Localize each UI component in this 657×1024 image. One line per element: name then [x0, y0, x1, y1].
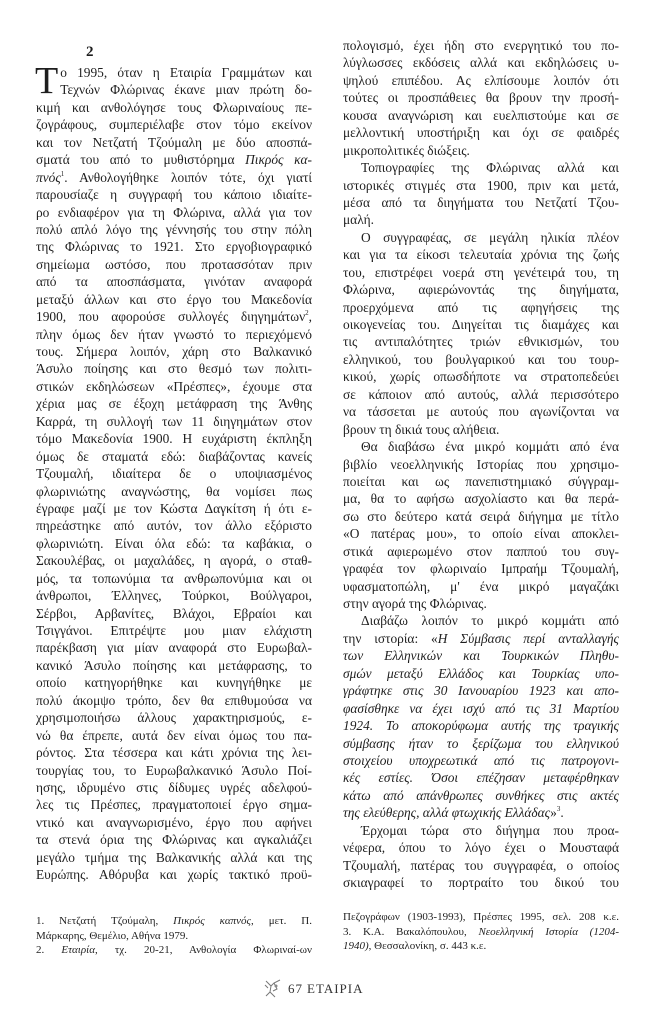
text-line: χέρια μας σε έξοχη μετάφραση της Άνθης: [36, 395, 312, 412]
text-line: της Φλώρινας το 1921. Στο εργοβιογραφικό: [36, 238, 312, 255]
text-line: έγραφε μαζί με τον Κώστα Δαγκίτση ή ότι …: [36, 500, 312, 517]
text-line: της ελεύθερης, αλλά φτωχικής Ελλάδας»3.: [343, 804, 619, 821]
text-line: σημείωμα ωστόσο, που προτασσόταν πριν: [36, 256, 312, 273]
text-line: βρουν τη δικιά τους αλήθεια.: [343, 421, 619, 438]
text-line: να τάσσεται με αυτούς που αγωνίζονται να: [343, 403, 619, 420]
text-line: νέφερα, όπου το λόγο έχει ο Μουσταφά: [343, 839, 619, 856]
text-line: Θα διαβάσω ένα μικρό κομμάτι από ένα: [343, 438, 619, 455]
text-line: Τζουμαλή, ιδιαίτερα δε ο υποψιασμένος: [36, 465, 312, 482]
page-footer: 67 ΕΤΑΙΡΙΑ: [262, 977, 364, 1001]
text-line: 1. Νετζατή Τζούμαλη, Πικρός καπνός, μετ.…: [36, 914, 312, 929]
text-line: τούτες οι προσπάθειες θα βρουν την προσή…: [343, 89, 619, 106]
text-line: παρουσίαζε η συγγραφή του κάποιο ιδιαίτε…: [36, 186, 312, 203]
text-line: μα, θα το αφήσω ασχολίαστο και θα περά-: [343, 490, 619, 507]
text-line: Καρρά, τη συλλογή των 11 διηγημάτων στον: [36, 413, 312, 430]
text-line: κάτω από απάνθρωπες συνθήκες στις ακτές: [343, 787, 619, 804]
text-line: Άσυλο ποίησης και στο θεσμό των πολιτι-: [36, 360, 312, 377]
text-line: σματά του από το μυθιστόρημα Πικρός κα-: [36, 151, 312, 168]
text-line: στην αγορά της Φλώρινας.: [343, 595, 619, 612]
text-line: ο 1995, όταν η Εταιρία Γραμμάτων και: [36, 64, 312, 81]
text-line: 3. Κ.Α. Βακαλόπουλου, Νεοελληνική Ιστορί…: [343, 925, 619, 940]
text-line: 1924. Το αποκορύφωμα αυτής της τραγικής: [343, 717, 619, 734]
text-line: από τα αποσπάσματα, γινόταν αναφορά: [36, 273, 312, 290]
text-line: μαλή.: [343, 211, 619, 228]
text-line: τόμο Μακεδονία 1900. Η ευχάριστη έκπληξη: [36, 430, 312, 447]
text-line: γράφτηκε στις 30 Ιανουαρίου 1923 και απο…: [343, 682, 619, 699]
text-line: Τζουμαλή, πατέρας του συγγραφέα, ο οποίο…: [343, 857, 619, 874]
text-line: Έρχομαι τώρα στο διήγημα που προα-: [343, 822, 619, 839]
text-line: και τον Νετζατή Τζούμαλη με δύο αποσπά-: [36, 134, 312, 151]
text-line: στοιχείου υποχρεωτικά από τις πατρογονι-: [343, 752, 619, 769]
text-line: οικογενείας του. Διηγείται τις διαμάχες …: [343, 316, 619, 333]
left-column: Τ ο 1995, όταν η Εταιρία Γραμμάτων καιΤε…: [36, 64, 312, 884]
text-line: μέσα από τα διηγήματα του Νετζατί Τζου-: [343, 194, 619, 211]
text-line: σύμβασης ήταν το ξερίζωμα του ελληνικού: [343, 735, 619, 752]
journal-name: ΕΤΑΙΡΙΑ: [307, 981, 364, 997]
text-line: υφασματοπώλη, μ' ένα μικρό μαγαζάκι: [343, 578, 619, 595]
text-line: πλην όμως δεν ήταν γνωστό το περιεχόμενό: [36, 326, 312, 343]
text-line: Πεζογράφων (1903-1993), Πρέσπες 1995, σε…: [343, 910, 619, 925]
text-line: κουσα αναγνώριση και ευελπιστούμε και σε: [343, 107, 619, 124]
text-line: βιβλίο νεοελληνικής Ιστορίας που χρησιμο…: [343, 456, 619, 473]
text-line: «Ο πατέρας μου», το οποίο είναι αποκλει-: [343, 525, 619, 542]
text-line: ντικό και αναγνωρισμένο, έργο που αφήνει: [36, 814, 312, 831]
text-line: 1900, που αφορούσε συλλογές διηγημάτων2,: [36, 308, 312, 325]
text-line: νώ θα έπρεπε, αυτά δεν είναι όμως του πα…: [36, 727, 312, 744]
text-line: σε κάποιον από αυτούς, αλλά περισσότερο: [343, 386, 619, 403]
text-line: ποιείται και ως πανεπιστημιακό σύγγραμ-: [343, 473, 619, 490]
text-line: φλωρινιώτη. Είναι όλα εδώ: τα καβάκια, ο: [36, 535, 312, 552]
text-line: Μάρκαρης, Θεμέλιο, Αθήνα 1979.: [36, 929, 312, 944]
text-line: στικά αφιερωμένο στον παππού του συγ-: [343, 543, 619, 560]
footnotes-left: 1. Νετζατή Τζούμαλη, Πικρός καπνός, μετ.…: [36, 914, 312, 958]
dancing-figure-icon: [262, 977, 284, 1001]
text-line: ιστορικές στιγμές στα 1900, πριν και μετ…: [343, 177, 619, 194]
footnotes-right: Πεζογράφων (1903-1993), Πρέσπες 1995, σε…: [343, 910, 619, 954]
text-line: μελλοντική υποστήριξη και όχι σε φαιδρές: [343, 124, 619, 141]
text-line: σω στο δεύτερο κατά σειρά διήγημα με τίτ…: [343, 508, 619, 525]
text-line: την ιστορία: «Η Σύμβασις περί ανταλλαγής: [343, 630, 619, 647]
text-line: τουργίας του, το Ευρωβαλκανικό Άσυλο Ποί…: [36, 762, 312, 779]
text-line: φλωρινιώτης αναγνώστης, θα νομίσει πως: [36, 483, 312, 500]
document-page: 2 Τ ο 1995, όταν η Εταιρία Γραμμάτων και…: [0, 0, 657, 1024]
text-line: λύγλωσσες εκδόσεις αλλά και εκδηλώσεις υ…: [343, 54, 619, 71]
text-line: και για τα είκοσι τελευταία χρόνια της ζ…: [343, 246, 619, 263]
text-line: φασίσθηκε να έχει ισχύ από τις 31 Μαρτίο…: [343, 700, 619, 717]
text-line: πηρεάστηκε από αυτόν, τον άλλο εξόριστο: [36, 517, 312, 534]
text-line: οποίο κατηγορήθηκε και κυνηγήθηκε με: [36, 674, 312, 691]
text-line: Ο συγγραφέας, σε μεγάλη ηλικία πλέον: [343, 229, 619, 246]
text-line: Διαβάζω λοιπόν το μικρό κομμάτι από: [343, 612, 619, 629]
text-line: μός, τα τοπωνύμια τα ανθρωπονύμια και οι: [36, 570, 312, 587]
text-line: παρέκβαση για μίαν αναφορά στο Ευρωβαλ-: [36, 639, 312, 656]
text-line: 1940), Θεσσαλονίκη, σ. 443 κ.ε.: [343, 939, 619, 954]
text-line: τα στενά όρια της Φλώρινας και αγκαλιάζε…: [36, 831, 312, 848]
text-line: σμών μεταξύ Ελλάδος και Τουρκίας υπο-: [343, 665, 619, 682]
text-line: ψηλού επιπέδου. Ας ελπίσουμε λοιπόν ότι: [343, 72, 619, 89]
text-line: 2. Εταιρία, τχ. 20-21, Ανθολογία Φλωρινα…: [36, 943, 312, 958]
text-line: προερχόμενα από τις αφηγήσεις της: [343, 299, 619, 316]
text-line: τις αντιπαλότητες τριών εθνικισμών, του: [343, 333, 619, 350]
text-line: ρόντος. Στα τέσσερα και κάτι χρόνια της …: [36, 744, 312, 761]
text-line: όμως δε σταματά εδώ: διαβάζοντας κανείς: [36, 448, 312, 465]
text-line: πνός1. Ανθολογήθηκε λοιπόν τότε, όχι για…: [36, 169, 312, 186]
section-number: 2: [86, 44, 94, 61]
text-line: μεταξύ άλλων και στο έργο του Μακεδονία: [36, 291, 312, 308]
page-number: 67: [288, 981, 303, 997]
text-line: χρησιμοποιήσω άλλους χαρακτηρισμούς, ε-: [36, 709, 312, 726]
text-line: άνθρωποι, Έλληνες, Τούρκοι, Βούλγαροι,: [36, 587, 312, 604]
text-line: γραφέα τον φλωριναίο Ιμπραήμ Τζουμαλή,: [343, 560, 619, 577]
text-line: Σέρβοι, Αρβανίτες, Βλάχοι, Εβραίοι και: [36, 605, 312, 622]
text-line: Τοπιογραφίες της Φλώρινας αλλά και: [343, 159, 619, 176]
text-line: ελληνικού, του βουλγαρικού και του τουρ-: [343, 351, 619, 368]
text-line: Ευρώπης. Αθόρυβα και χωρίς τακτικό προϋ-: [36, 866, 312, 883]
text-line: κές εστίες. Όσοι επέζησαν μεταφέρθηκαν: [343, 769, 619, 786]
text-line: κικού, χωρίς οπωσδήποτε να στρατοπεδεύει: [343, 368, 619, 385]
text-line: Τεχνών Φλώρινας έκανε μιαν πρώτη δο-: [36, 81, 312, 98]
text-line: του, επιστρέφει νοερά στη γενέτειρά του,…: [343, 264, 619, 281]
text-line: πολογισμό, έχει ήδη στο ενεργητικό του π…: [343, 37, 619, 54]
text-line: κανικό Άσυλο ποίησης και μετάφρασης, το: [36, 657, 312, 674]
drop-cap: Τ: [35, 66, 58, 96]
text-line: ζογράφους, συμπεριέλαβε στον τόμο εκείνο…: [36, 116, 312, 133]
right-column: πολογισμό, έχει ήδη στο ενεργητικό του π…: [343, 37, 619, 891]
text-line: τους. Σήμερα λοιπόν, χάρη στο Βαλκανικό: [36, 343, 312, 360]
text-line: πολύ απλό λόγο της γέννησής του στην πόλ…: [36, 221, 312, 238]
text-line: λες τις Πρέσπες, πραγματοποιεί έργο σημα…: [36, 796, 312, 813]
text-line: μεγάλο τμήμα της Βαλκανικής αλλά και της: [36, 849, 312, 866]
text-line: σκιαγραφεί το πορτραίτο του δικού του: [343, 874, 619, 891]
text-line: μικροπολιτικές διώξεις.: [343, 142, 619, 159]
text-line: Τσιγγάνοι. Επιτρέψτε μου μιαν ελάχιστη: [36, 622, 312, 639]
text-line: στικών εκδηλώσεων «Πρέσπες», έχουμε στα: [36, 378, 312, 395]
text-line: ησης, ιδρυμένο στις δίδυμες υγρές αδελφο…: [36, 779, 312, 796]
text-line: Σακουλέβας, οι μαχαλάδες, η αγορά, ο στα…: [36, 552, 312, 569]
text-line: ρο ενδιαφέρον για τη Φλώρινα, αλλά για τ…: [36, 204, 312, 221]
text-line: πολύ άκομψο τρόπο, δεν θα επιθυμούσα να: [36, 692, 312, 709]
text-line: Φλώρινα, αφιερώνοντάς της διηγήματα,: [343, 281, 619, 298]
text-line: των Ελληνικών και Τουρκικών Πληθυ-: [343, 647, 619, 664]
text-line: κιμή και ανθολόγησε τους Φλωριναίους πε-: [36, 99, 312, 116]
